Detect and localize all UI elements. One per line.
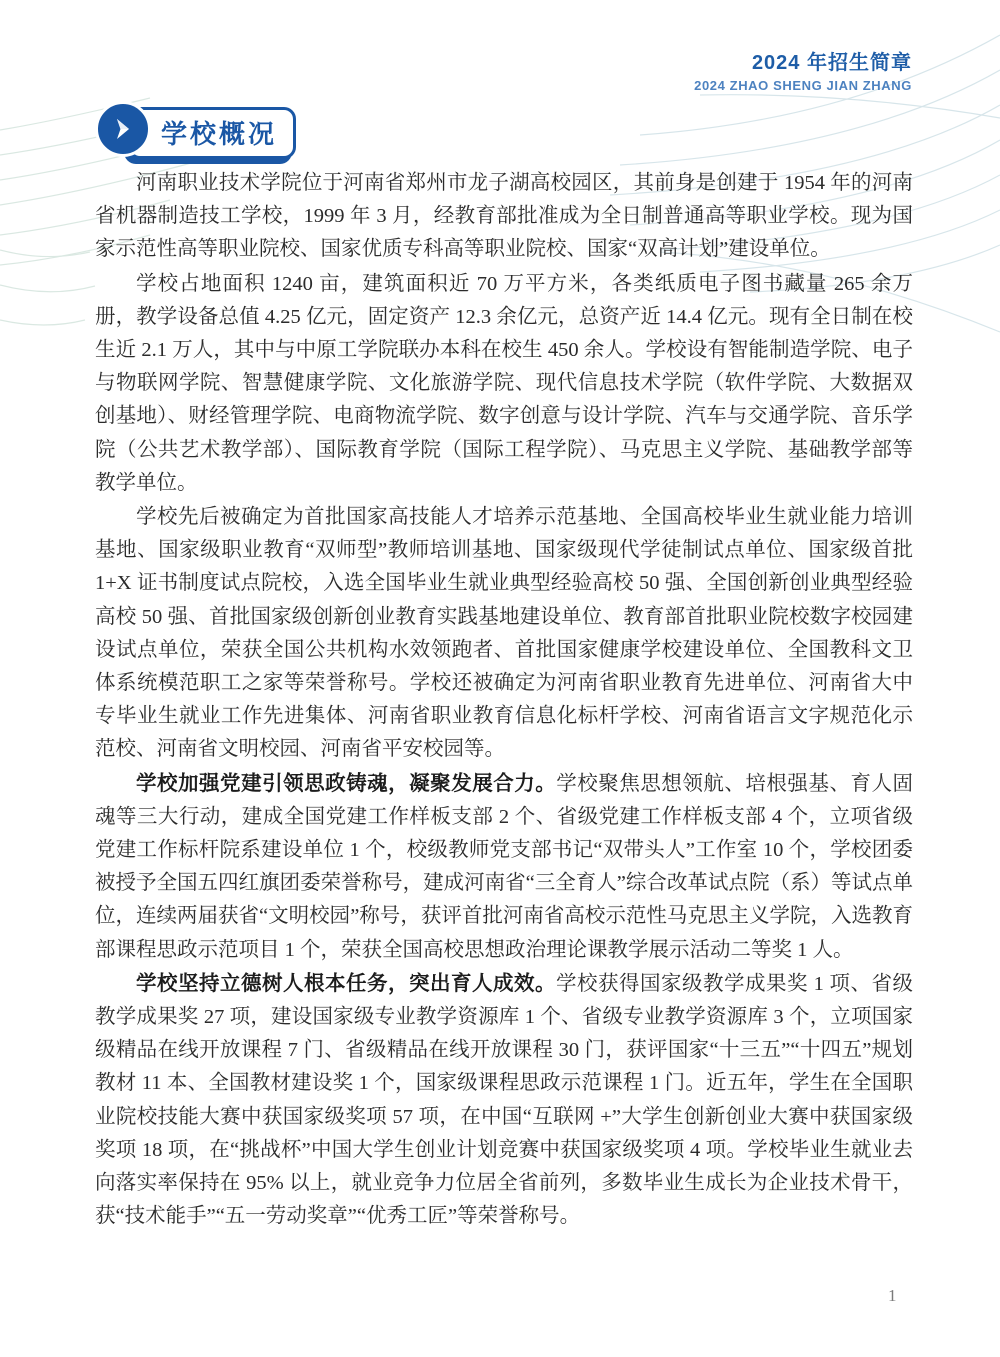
paragraph-lead: 学校坚持立德树人根本任务，突出育人成效。 [136, 972, 556, 995]
paragraph-text: 学校获得国家级教学成果奖 1 项、省级教学成果奖 27 项，建设国家级专业教学资… [95, 973, 913, 1227]
paragraph-text: 学校聚焦思想领航、培根强基、育人固魂等三大行动，建成全国党建工作样板支部 2 个… [95, 773, 913, 961]
paragraph-intro: 河南职业技术学院位于河南省郑州市龙子湖高校园区，其前身是创建于 1954 年的河… [95, 166, 913, 267]
paragraph-party-building: 学校加强党建引领思政铸魂，凝聚发展合力。学校聚焦思想领航、培根强基、育人固魂等三… [95, 767, 913, 967]
paragraph-campus-stats: 学校占地面积 1240 亩，建筑面积近 70 万平方米，各类纸质电子图书藏量 2… [95, 267, 913, 500]
paragraph-lead: 学校加强党建引领思政铸魂，凝聚发展合力。 [136, 772, 556, 795]
header-title: 2024 年招生简章 [694, 46, 912, 75]
document-page: 2024 年招生简章 2024 ZHAO SHENG JIAN ZHANG 学校… [0, 0, 1000, 1357]
paragraph-text: 学校占地面积 1240 亩，建筑面积近 70 万平方米，各类纸质电子图书藏量 2… [95, 273, 913, 494]
chevron-right-icon [95, 101, 151, 157]
page-number: 1 [888, 1286, 897, 1306]
paragraph-text: 河南职业技术学院位于河南省郑州市龙子湖高校园区，其前身是创建于 1954 年的河… [95, 172, 913, 260]
page-header: 2024 年招生简章 2024 ZHAO SHENG JIAN ZHANG [694, 46, 912, 93]
section-title: 学校概况 [128, 107, 296, 159]
header-subtitle: 2024 ZHAO SHENG JIAN ZHANG [694, 78, 912, 93]
paragraph-honors: 学校先后被确定为首批国家高技能人才培养示范基地、全国高校毕业生就业能力培训基地、… [95, 500, 913, 767]
paragraph-education-achievements: 学校坚持立德树人根本任务，突出育人成效。学校获得国家级教学成果奖 1 项、省级教… [95, 967, 913, 1234]
paragraph-text: 学校先后被确定为首批国家高技能人才培养示范基地、全国高校毕业生就业能力培训基地、… [95, 506, 913, 760]
body-text: 河南职业技术学院位于河南省郑州市龙子湖高校园区，其前身是创建于 1954 年的河… [95, 166, 913, 1234]
